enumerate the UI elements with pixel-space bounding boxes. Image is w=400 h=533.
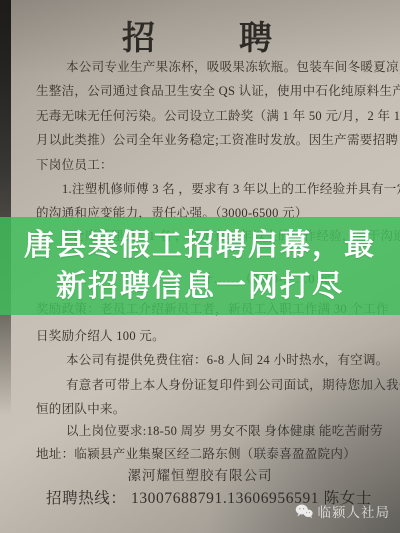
recruitment-poster-photo: 招 聘 本公司专业生产果冻杯，吸吸果冻软瓶。包装车间冬暖夏凉，卫 生整洁，公司通… bbox=[0, 0, 400, 533]
watermark-label: 临颍人社局 bbox=[318, 501, 391, 521]
poster-company-name: 漯河耀恒塑胶有限公司 bbox=[0, 464, 400, 484]
headline-banner: 唐县寒假工招聘启幕，最 新招聘信息一网打尽 bbox=[0, 217, 400, 315]
headline-line-2: 新招聘信息一网打尽 bbox=[56, 266, 344, 307]
watermark: 临颍人社局 bbox=[295, 501, 391, 521]
poster-line: 下岗位员工： bbox=[36, 155, 113, 173]
poster-line: 恒的团队中来。 bbox=[36, 399, 126, 417]
poster-line-address: 地址：临颍县产业集聚区经二路东侧（联泰喜盈盈院内） bbox=[36, 444, 356, 462]
poster-line: 1.注塑机修师傅 3 名 ，要求有 3 年以上的工作经验并具有一定 bbox=[62, 179, 400, 197]
poster-line-requirements: 以上岗位要求:18-50 周岁 男女不限 身体健康 能吃苦耐劳 bbox=[66, 421, 383, 439]
poster-line: 有意者可带上本人身份证复印件到公司面试，期待您加入我们耀 bbox=[66, 375, 400, 393]
wechat-icon bbox=[295, 503, 313, 519]
poster-line: 生整洁，公司通过食品卫生安全 QS 认证，使用中石化纯原料生产， bbox=[36, 81, 400, 99]
headline-line-1: 唐县寒假工招聘启幕，最 bbox=[24, 225, 376, 266]
poster-line: 月以此类推）公司全年业务稳定;工资准时发放。因生产需要招聘以 bbox=[36, 130, 400, 148]
poster-line: 本公司有提供免费住宿：6-8 人间 24 小时热水，有空调。 bbox=[66, 350, 389, 368]
poster-line: 日奖励介绍人 100 元。 bbox=[36, 326, 165, 344]
poster-line: 无毒无味无任何污染。公司设立工龄奖（满 1 年 50 元/月，2 年 100/ bbox=[36, 106, 400, 124]
poster-line: 本公司专业生产果冻杯，吸吸果冻软瓶。包装车间冬暖夏凉，卫 bbox=[66, 57, 400, 75]
poster-title: 招 聘 bbox=[0, 12, 400, 59]
